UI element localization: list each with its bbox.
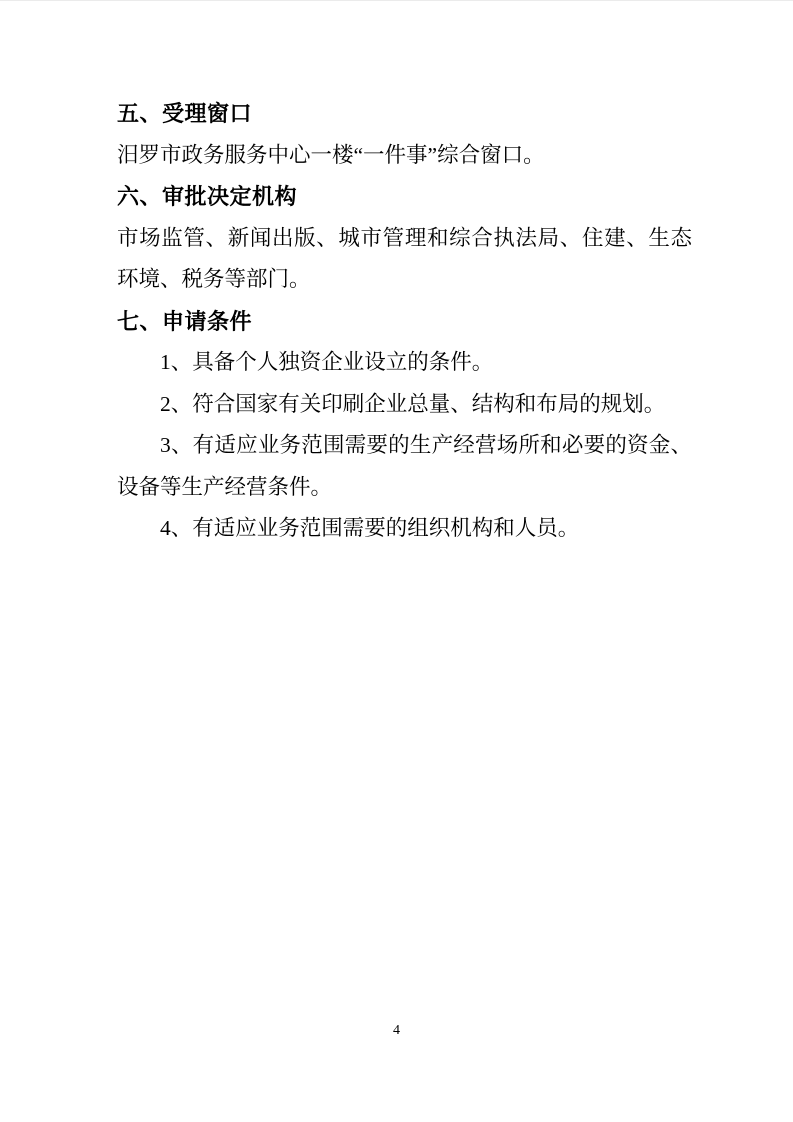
section-heading-application-conditions: 七、申请条件 <box>117 301 692 343</box>
paragraph-approval-authority: 市场监管、新闻出版、城市管理和综合执法局、住建、生态环境、税务等部门。 <box>117 218 692 301</box>
section-approval-authority: 六、审批决定机构 市场监管、新闻出版、城市管理和综合执法局、住建、生态环境、税务… <box>117 176 692 301</box>
section-heading-approval-authority: 六、审批决定机构 <box>117 176 692 218</box>
condition-item-1: 1、具备个人独资企业设立的条件。 <box>117 342 692 384</box>
condition-item-3: 3、有适应业务范围需要的生产经营场所和必要的资金、设备等生产经营条件。 <box>117 425 692 508</box>
condition-item-4: 4、有适应业务范围需要的组织机构和人员。 <box>117 508 692 550</box>
section-acceptance-window: 五、受理窗口 汨罗市政务服务中心一楼“一件事”综合窗口。 <box>117 93 692 176</box>
paragraph-acceptance-window: 汨罗市政务服务中心一楼“一件事”综合窗口。 <box>117 135 692 177</box>
page-footer: 4 <box>0 1021 793 1039</box>
document-page: 五、受理窗口 汨罗市政务服务中心一楼“一件事”综合窗口。 六、审批决定机构 市场… <box>0 0 793 1122</box>
section-application-conditions: 七、申请条件 1、具备个人独资企业设立的条件。 2、符合国家有关印刷企业总量、结… <box>117 301 692 550</box>
page-number: 4 <box>393 1023 400 1038</box>
document-content: 五、受理窗口 汨罗市政务服务中心一楼“一件事”综合窗口。 六、审批决定机构 市场… <box>0 1 793 550</box>
condition-item-2: 2、符合国家有关印刷企业总量、结构和布局的规划。 <box>117 384 692 426</box>
section-heading-acceptance-window: 五、受理窗口 <box>117 93 692 135</box>
